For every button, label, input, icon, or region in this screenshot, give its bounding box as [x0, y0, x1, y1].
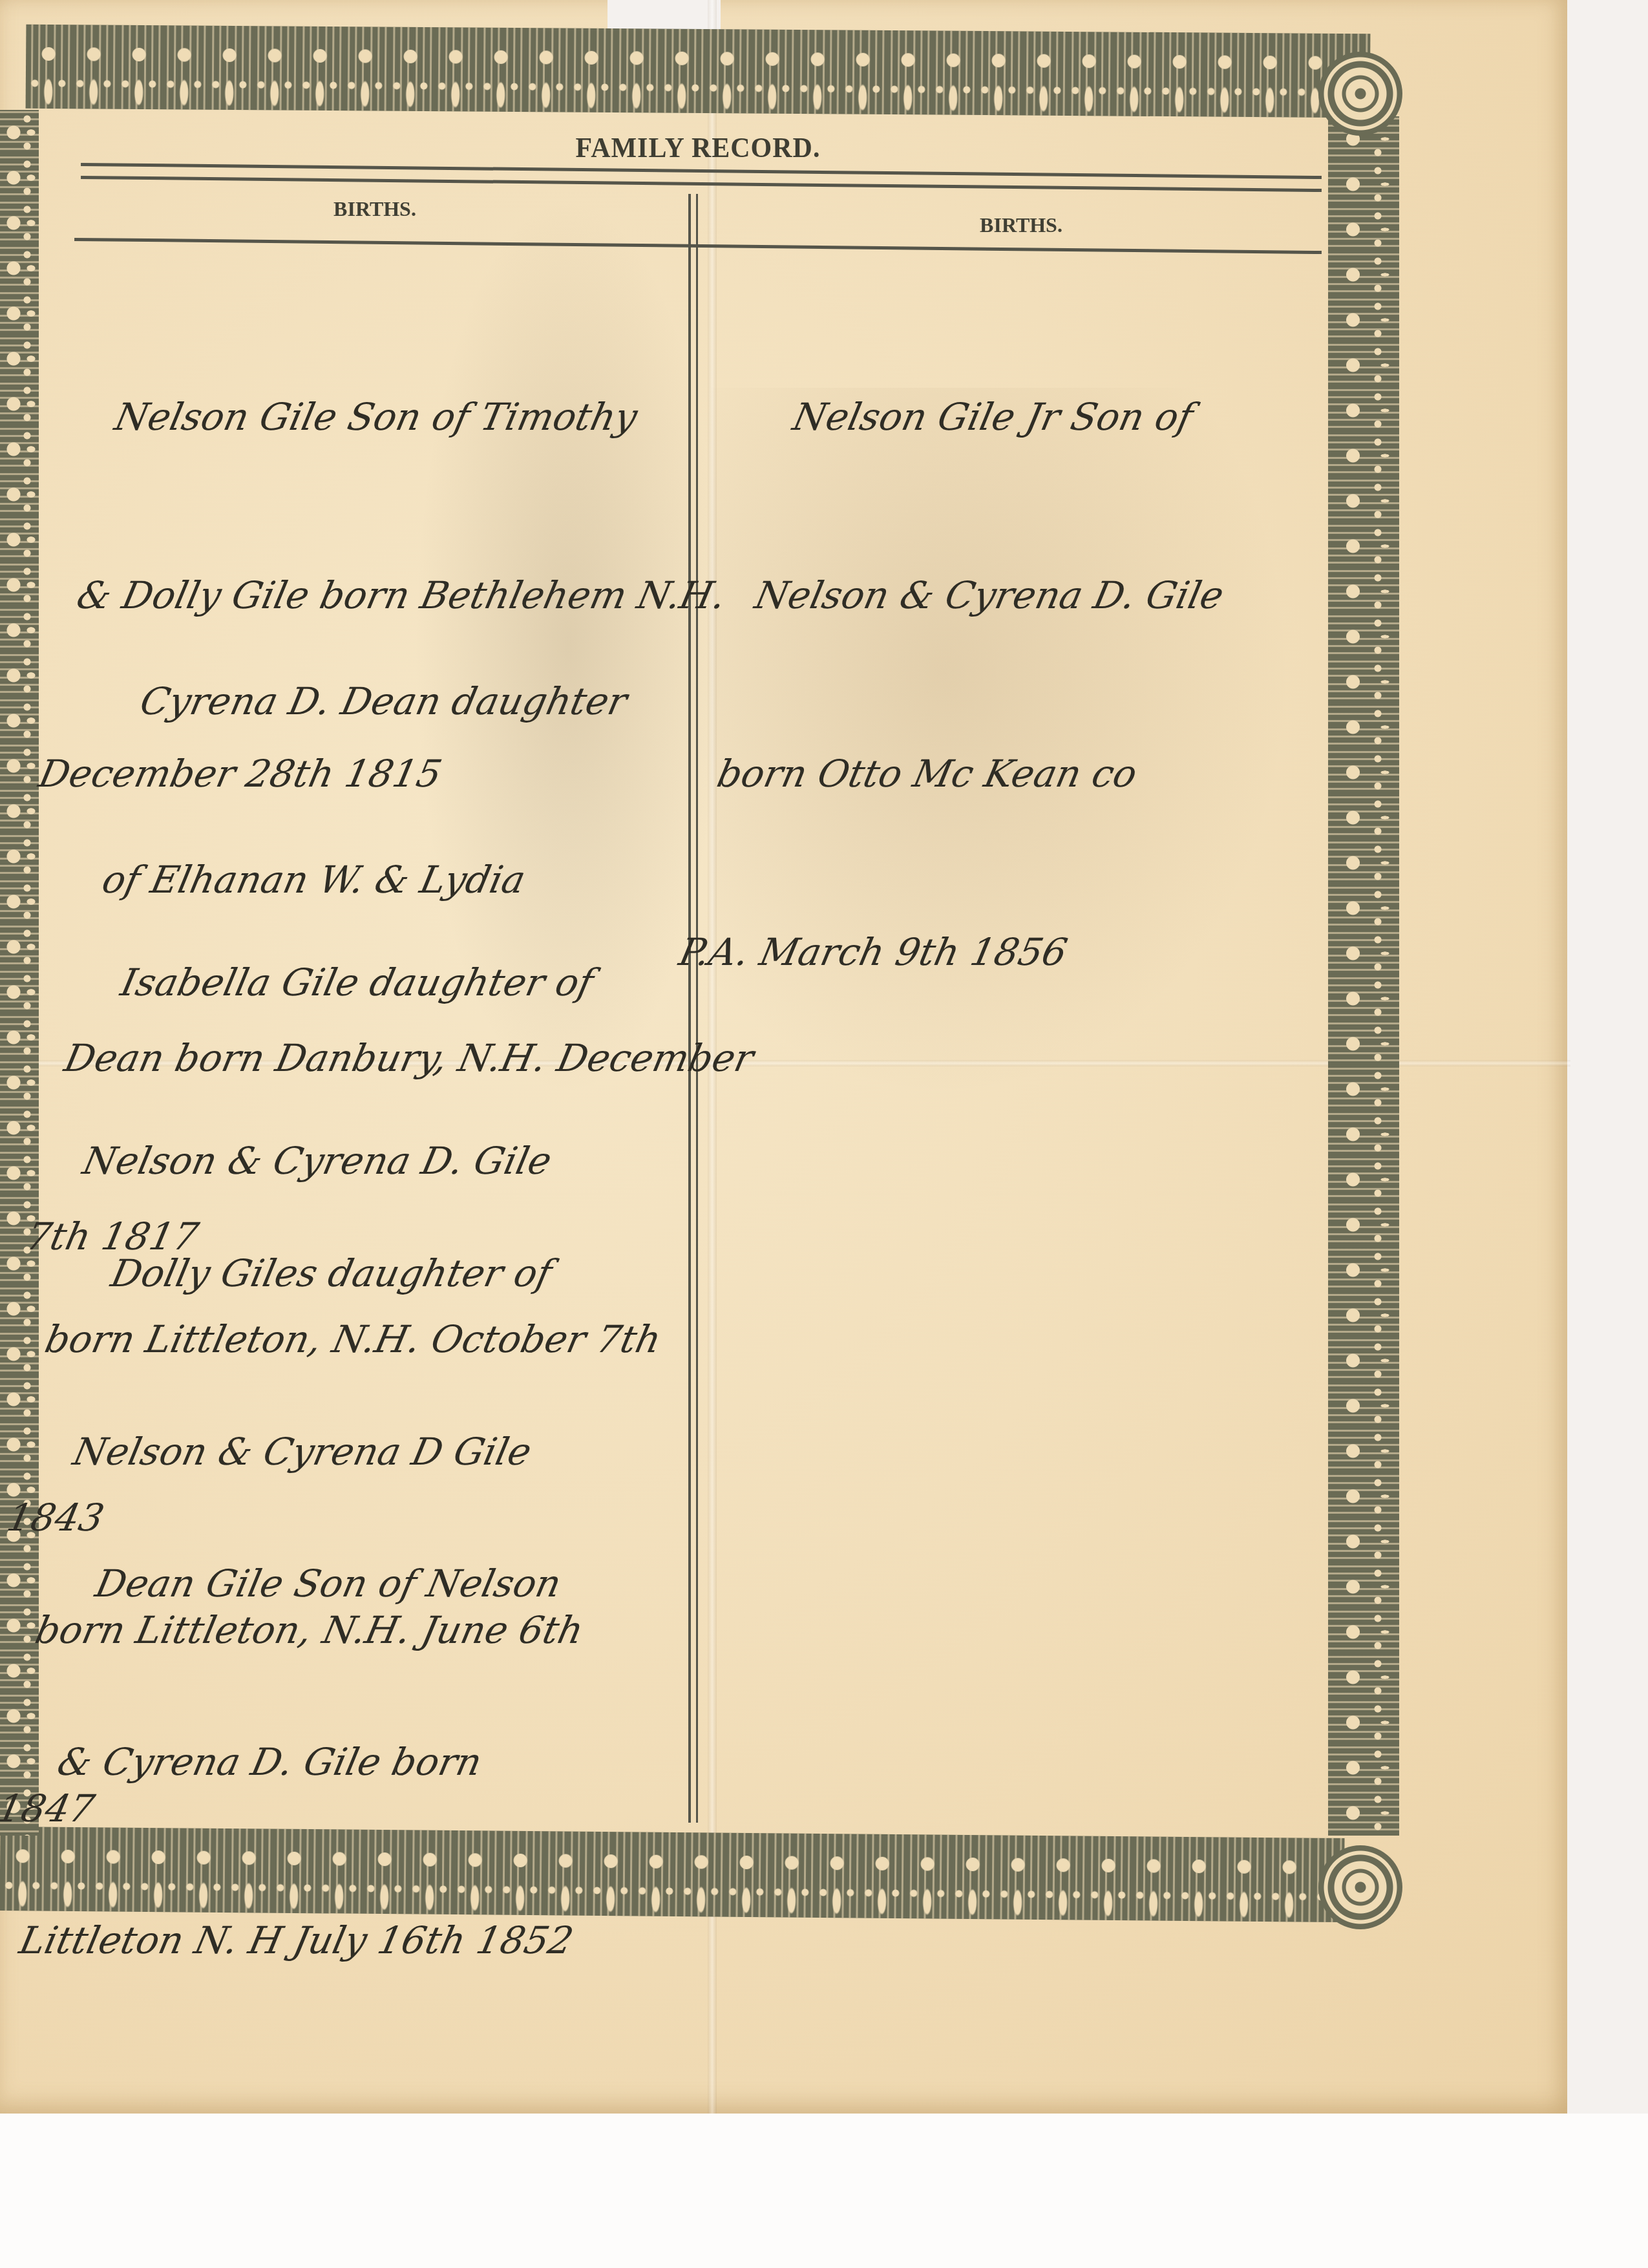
ornamental-border-right — [1328, 116, 1399, 1836]
births-header-right: BIRTHS. — [924, 213, 1118, 237]
corner-rosette-icon — [1318, 1845, 1402, 1929]
ornamental-border-top — [26, 25, 1371, 118]
page-title: FAMILY RECORD. — [536, 132, 860, 164]
births-header-left: BIRTHS. — [278, 197, 472, 221]
torn-edge-right — [1567, 0, 1648, 2114]
corner-rosette-icon — [1318, 52, 1402, 136]
